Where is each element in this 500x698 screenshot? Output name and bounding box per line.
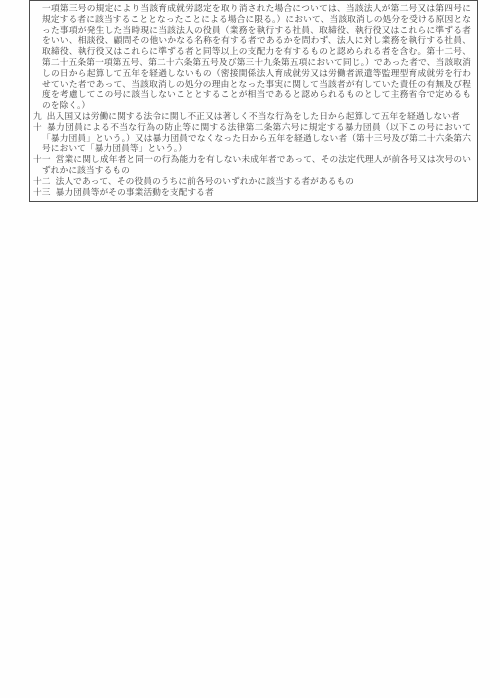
item-number: 十二 xyxy=(33,176,51,186)
item-text: 法人であって、その役員のうちに前各号のいずれかに該当する者があるもの xyxy=(56,176,355,186)
item-number: 十 xyxy=(33,122,42,132)
item-text: 暴力団員による不当な行為の防止等に関する法律第二条第六号に規定する暴力団員（以下… xyxy=(42,122,471,154)
document-page: 一項第三号の規定により当該育成就労認定を取り消された場合については、当該法人が第… xyxy=(0,0,500,698)
item-number: 九 xyxy=(33,111,42,121)
legal-text-box: 一項第三号の規定により当該育成就労認定を取り消された場合については、当該法人が第… xyxy=(29,0,478,202)
item-number: 十一 xyxy=(33,154,51,164)
list-item-9: 九出入国又は労働に関する法令に関し不正又は著しく不当な行為をした日から起算して五… xyxy=(33,111,471,122)
continuation-paragraph: 一項第三号の規定により当該育成就労認定を取り消された場合については、当該法人が第… xyxy=(42,3,471,111)
item-text: 出入国又は労働に関する法令に関し不正又は著しく不当な行為をした日から起算して五年… xyxy=(47,111,460,121)
list-item-11: 十一営業に関し成年者と同一の行為能力を有しない未成年者であって、その法定代理人が… xyxy=(33,154,471,176)
item-number: 十三 xyxy=(33,187,51,197)
item-text: 暴力団員等がその事業活動を支配する者 xyxy=(56,187,214,197)
list-item-12: 十二法人であって、その役員のうちに前各号のいずれかに該当する者があるもの xyxy=(33,176,471,187)
list-item-10: 十暴力団員による不当な行為の防止等に関する法律第二条第六号に規定する暴力団員（以… xyxy=(33,122,471,154)
item-text: 営業に関し成年者と同一の行為能力を有しない未成年者であって、その法定代理人が前各… xyxy=(42,154,471,175)
list-item-13: 十三暴力団員等がその事業活動を支配する者 xyxy=(33,187,471,198)
